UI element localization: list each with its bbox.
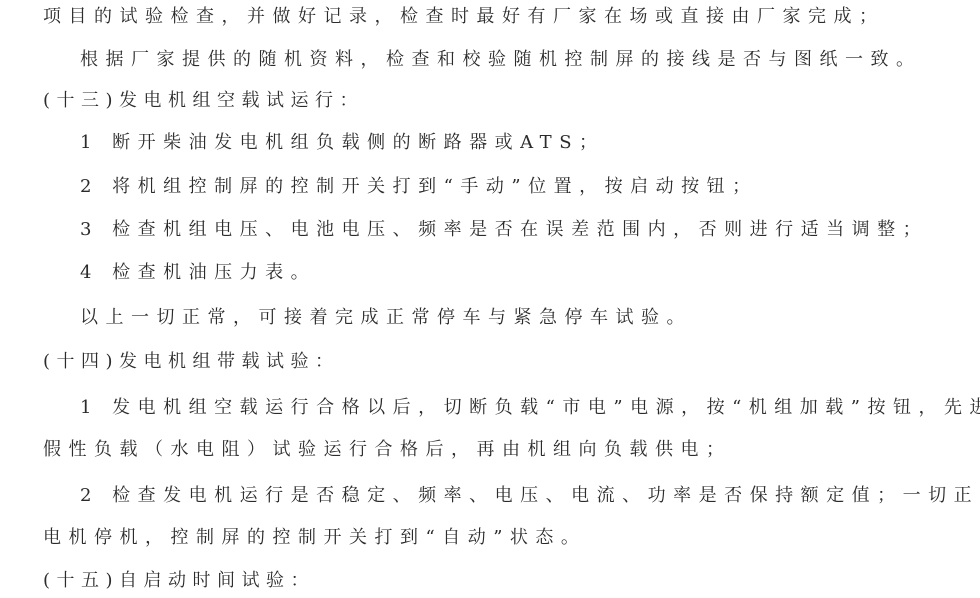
list-item-2: 2 检查发电机运行是否稳定、频率、电压、电流、功率是否保持额定值；一切正常，发: [80, 484, 980, 508]
text-line-continuation: 电机停机，控制屏的控制开关打到“自动”状态。: [43, 526, 586, 550]
section-heading-14: (十四)发电机组带载试验：: [43, 350, 340, 374]
list-item-2: 2 将机组控制屏的控制开关打到“手动”位置，按启动按钮；: [80, 175, 758, 199]
text-line-continuation: 项目的试验检查，并做好记录，检查时最好有厂家在场或直接由厂家完成；: [43, 5, 885, 29]
section-heading-15: (十五)自启动时间试验：: [43, 569, 315, 593]
text-paragraph: 以上一切正常，可接着完成正常停车与紧急停车试验。: [80, 306, 692, 330]
section-heading-13: (十三)发电机组空载试运行：: [43, 89, 364, 113]
list-item-3: 3 检查机组电压、电池电压、频率是否在误差范围内，否则进行适当调整；: [80, 218, 928, 242]
document-page: 项目的试验检查，并做好记录，检查时最好有厂家在场或直接由厂家完成； 根据厂家提供…: [0, 0, 980, 598]
list-item-1: 1 断开柴油发电机组负载侧的断路器或ATS；: [80, 131, 605, 155]
text-paragraph: 根据厂家提供的随机资料，检查和校验随机控制屏的接线是否与图纸一致。: [80, 48, 922, 72]
list-item-4: 4 检查机油压力表。: [80, 261, 316, 285]
text-line-continuation: 假性负载（水电阻）试验运行合格后，再由机组向负载供电；: [43, 438, 732, 462]
list-item-1: 1 发电机组空载运行合格以后，切断负载“市电”电源，按“机组加载”按钮，先进行: [80, 396, 980, 420]
